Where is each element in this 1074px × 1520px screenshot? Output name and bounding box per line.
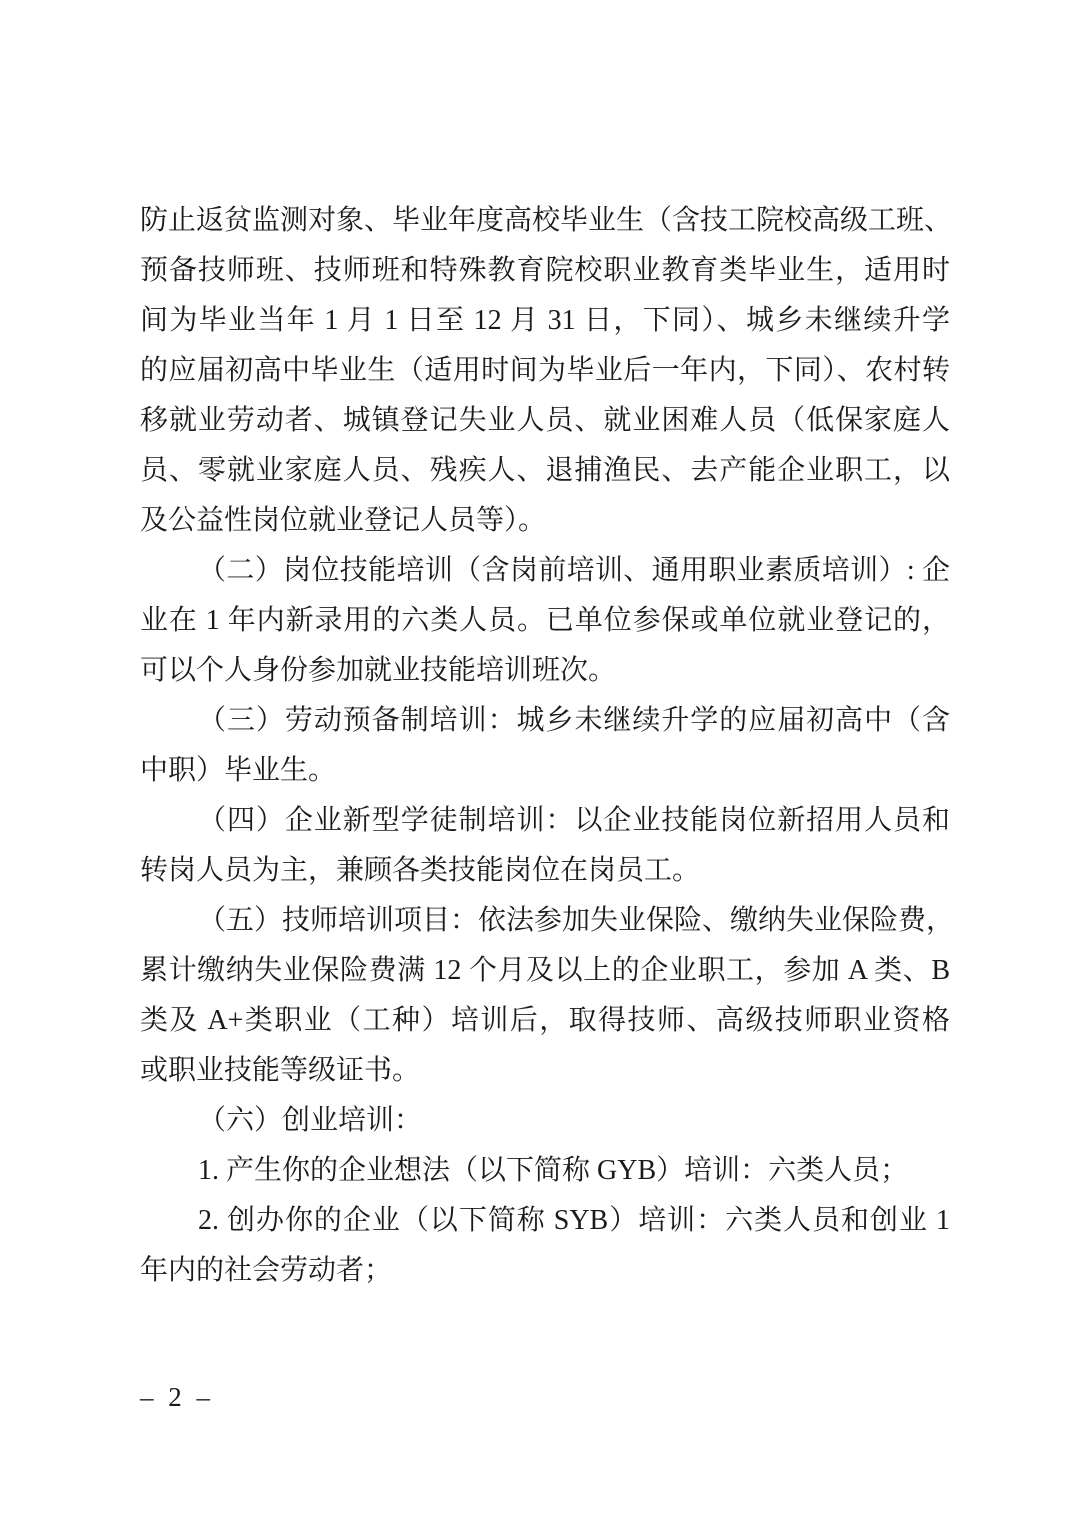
text-line: 移就业劳动者、城镇登记失业人员、就业困难人员（低保家庭人 bbox=[140, 396, 950, 446]
text-line: 及公益性岗位就业登记人员等）。 bbox=[140, 496, 950, 546]
text-line: 可以个人身份参加就业技能培训班次。 bbox=[140, 646, 950, 696]
text-line: 预备技师班、技师班和特殊教育院校职业教育类毕业生，适用时 bbox=[140, 246, 950, 296]
text-line: （六）创业培训： bbox=[140, 1096, 950, 1146]
text-line: （五）技师培训项目：依法参加失业保险、缴纳失业保险费， bbox=[140, 896, 950, 946]
text-line: 年内的社会劳动者； bbox=[140, 1246, 950, 1296]
text-line: 员、零就业家庭人员、残疾人、退捕渔民、去产能企业职工，以 bbox=[140, 446, 950, 496]
page-number: – 2 – bbox=[140, 1382, 214, 1413]
text-line: 间为毕业当年 1 月 1 日至 12 月 31 日，下同）、城乡未继续升学 bbox=[140, 296, 950, 346]
text-line: （四）企业新型学徒制培训：以企业技能岗位新招用人员和 bbox=[140, 796, 950, 846]
text-line: 业在 1 年内新录用的六类人员。已单位参保或单位就业登记的， bbox=[140, 596, 950, 646]
text-line: （三）劳动预备制培训：城乡未继续升学的应届初高中（含 bbox=[140, 696, 950, 746]
text-line: 中职）毕业生。 bbox=[140, 746, 950, 796]
text-line: 的应届初高中毕业生（适用时间为毕业后一年内，下同）、农村转 bbox=[140, 346, 950, 396]
text-line: 2. 创办你的企业（以下简称 SYB）培训：六类人员和创业 1 bbox=[140, 1196, 950, 1246]
document-body: 防止返贫监测对象、毕业年度高校毕业生（含技工院校高级工班、预备技师班、技师班和特… bbox=[140, 196, 950, 1296]
document-page: 防止返贫监测对象、毕业年度高校毕业生（含技工院校高级工班、预备技师班、技师班和特… bbox=[0, 0, 1074, 1520]
text-line: 转岗人员为主，兼顾各类技能岗位在岗员工。 bbox=[140, 846, 950, 896]
text-line: 累计缴纳失业保险费满 12 个月及以上的企业职工，参加 A 类、B bbox=[140, 946, 950, 996]
text-line: 类及 A+类职业（工种）培训后，取得技师、高级技师职业资格 bbox=[140, 996, 950, 1046]
text-line: 1. 产生你的企业想法（以下简称 GYB）培训：六类人员； bbox=[140, 1146, 950, 1196]
text-line: 或职业技能等级证书。 bbox=[140, 1046, 950, 1096]
text-line: 防止返贫监测对象、毕业年度高校毕业生（含技工院校高级工班、 bbox=[140, 196, 950, 246]
text-line: （二）岗位技能培训（含岗前培训、通用职业素质培训）: 企 bbox=[140, 546, 950, 596]
